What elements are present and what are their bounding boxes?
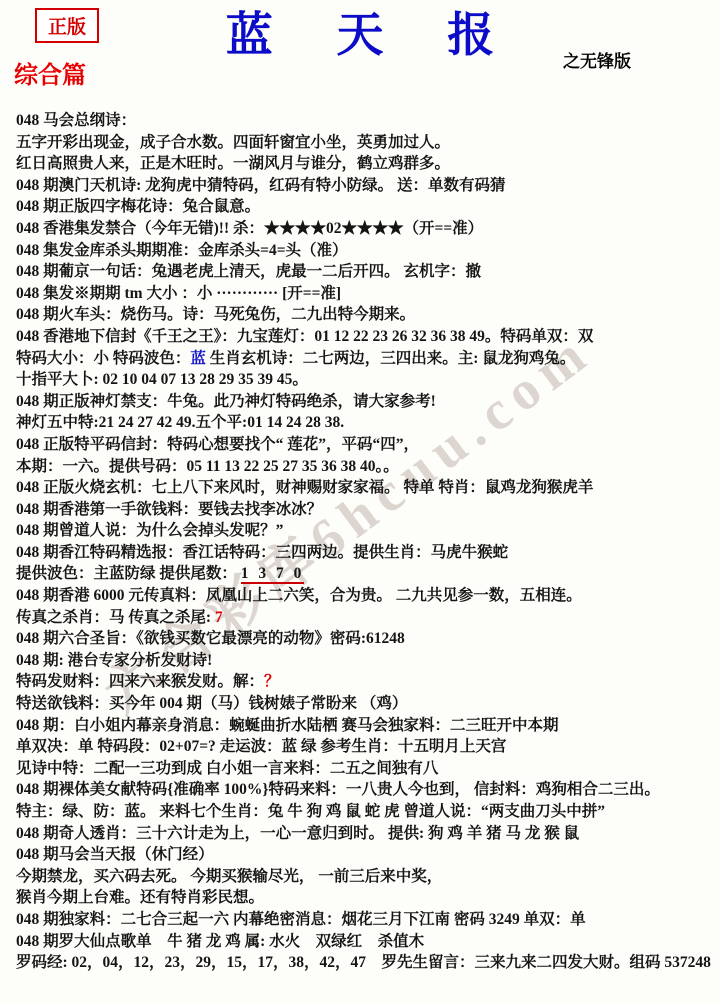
report-body: 048 马会总纲诗：五字开彩出现金，成子合水数。四面轩窗宜小坐，英勇加过人。红日… [16, 110, 716, 974]
report-line: 048 期独家料：二七合三起一六 内幕绝密消息：烟花三月下江南 密码 3249 … [16, 909, 716, 931]
report-line: 048 香港地下信封《千王之王》：九宝莲灯：01 12 22 23 26 32 … [16, 326, 716, 348]
report-line: 传真之杀肖：马 传真之杀尾: 7 [16, 607, 716, 629]
text-segment: 048 期正版神灯禁支：牛兔。此乃神灯特码绝杀，请大家参考! [16, 393, 436, 410]
text-segment: 本期：一六。提供号码：05 11 13 22 25 27 35 36 38 40… [16, 458, 399, 475]
text-segment: 特主：绿、防：蓝。 来料七个生肖：兔 牛 狗 鸡 鼠 蛇 虎 曾道人说：“两支曲… [16, 803, 605, 820]
text-segment: 048 期独家料：二七合三起一六 内幕绝密消息：烟花三月下江南 密码 3249 … [16, 911, 586, 928]
text-segment: 048 香港地下信封《千王之王》：九宝莲灯：01 12 22 23 26 32 … [16, 328, 593, 345]
report-line: 特码发财料：四来六来猴发财。解：？ [16, 671, 716, 693]
report-line: 048 期香港第一手欲钱料：要钱去找李冰冰？ [16, 499, 716, 521]
report-line: 048 期火车头：烧伤马。诗：马死兔伤，二九出特今期来。 [16, 304, 716, 326]
report-line: 048 正版火烧玄机：七上八下来风时，财神赐财家家福。 特单 特肖：鼠鸡龙狗猴虎… [16, 477, 716, 499]
text-segment: 048 期奇人透肖：三十六计走为上，一心一意归到时。 提供: 狗 鸡 羊 猪 马… [16, 825, 579, 842]
text-segment: 048 期曾道人说：为什么会掉头发呢？” [16, 522, 283, 539]
report-line: 048 马会总纲诗： [16, 110, 716, 132]
report-line: 本期：一六。提供号码：05 11 13 22 25 27 35 36 38 40… [16, 456, 716, 478]
text-segment: 048 正版火烧玄机：七上八下来风时，财神赐财家家福。 特单 特肖：鼠鸡龙狗猴虎… [16, 479, 593, 496]
section-heading: 综合篇 [14, 55, 86, 90]
text-segment: 今期禁龙，买六码去死。 今期买猴输尽光， 一前三后来中奖， [16, 868, 442, 885]
text-segment: 048 期: 港台专家分析发财诗! [16, 652, 212, 669]
report-line: 罗码经: 02，04，12，23，29，15，17，38，42，47 罗先生留言… [16, 952, 716, 974]
report-line: 特送欲钱料：买今年 004 期（马）钱树婊子常盼来 （鸡） [16, 693, 716, 715]
highlight-text: 1 3 7 0 [241, 565, 305, 584]
report-line: 见诗中特：二配一三功到成 白小姐一言来料：二五之间独有八 [16, 758, 716, 780]
report-line: 十指平大卜: 02 10 04 07 13 28 29 35 39 45。 [16, 369, 716, 391]
text-segment: 五字开彩出现金，成子合水数。四面轩窗宜小坐，英勇加过人。 [16, 134, 450, 151]
text-segment: 单双决：单 特码段：02+07=? 走运波：蓝 绿 参考生肖：十五明月上天宫 [16, 738, 506, 755]
text-segment: 048 集发金库杀头期期准：金库杀头=4=头（准） [16, 242, 348, 259]
report-line: 048 期正版神灯禁支：牛兔。此乃神灯特码绝杀，请大家参考! [16, 391, 716, 413]
text-segment: 十指平大卜: 02 10 04 07 13 28 29 35 39 45。 [16, 371, 308, 388]
text-segment: 048 期香港第一手欲钱料：要钱去找李冰冰？ [16, 501, 322, 518]
report-line: 048 期马会当天报（休门经） [16, 844, 716, 866]
text-segment: 特码大小：小 特码波色： [16, 350, 190, 367]
text-segment: 048 期：白小姐内幕亲身消息：蜿蜒曲折水陆栖 赛马会独家料：二三旺开中本期 [16, 717, 559, 734]
report-line: 048 期葡京一句话：兔遇老虎上清天，虎最一二后开四。 玄机字：撤 [16, 261, 716, 283]
text-segment: 048 集发※期期 tm 大小 ：小 ············ [开==准] [16, 285, 341, 302]
report-line: 048 期香江特码精选报：香江话特码：三四两边。提供生肖：马虎牛猴蛇 [16, 542, 716, 564]
report-line: 048 香港集发禁合（今年无错)!! 杀：★★★★02★★★★（开==准） [16, 218, 716, 240]
text-segment: 见诗中特：二配一三功到成 白小姐一言来料：二五之间独有八 [16, 760, 438, 777]
text-segment: 048 期香港 6000 元传真料：凤凰山上二六笑，合为贵。 二九共见参一数，五… [16, 587, 582, 604]
text-segment: 传真之杀肖：马 传真之杀尾: [16, 609, 215, 626]
report-line: 提供波色：主蓝防绿 提供尾数： 1 3 7 0 [16, 563, 716, 585]
report-line: 048 集发※期期 tm 大小 ：小 ············ [开==准] [16, 283, 716, 305]
report-line: 048 期罗大仙点歌单 牛 猪 龙 鸡 属: 水火 双绿红 杀值木 [16, 931, 716, 953]
report-line: 猴肖今期上台难。还有特肖彩民想。 [16, 887, 716, 909]
text-segment: 048 正版特平码信封：特码心想要找个“ 莲花”，平码“四”， [16, 436, 419, 453]
highlight-text: 蓝 [190, 350, 206, 367]
report-line: 今期禁龙，买六码去死。 今期买猴输尽光， 一前三后来中奖， [16, 866, 716, 888]
text-segment: 特码发财料：四来六来猴发财。解： [16, 673, 264, 690]
text-segment: 生肖玄机诗：二七两边，三四出来。主: 鼠龙狗鸡兔。 [206, 350, 575, 367]
report-line: 048 期香港 6000 元传真料：凤凰山上二六笑，合为贵。 二九共见参一数，五… [16, 585, 716, 607]
report-line: 048 正版特平码信封：特码心想要找个“ 莲花”，平码“四”， [16, 434, 716, 456]
text-segment: 048 期马会当天报（休门经） [16, 846, 214, 863]
text-segment: 提供波色：主蓝防绿 提供尾数： [16, 565, 241, 582]
text-segment: 048 期六合圣旨：《欲钱买数它最漂亮的动物》密码:61248 [16, 630, 405, 647]
text-segment: 红日高照贵人来，正是木旺时。一湖风月与谁分，鹤立鸡群多。 [16, 155, 450, 172]
report-line: 048 期：白小姐内幕亲身消息：蜿蜒曲折水陆栖 赛马会独家料：二三旺开中本期 [16, 715, 716, 737]
highlight-text: 7 [215, 609, 223, 626]
blue-sky-report-page: 六合彩库6hcuu.com 正版 蓝 天 报 之无锋版 综合篇 048 马会总纲… [0, 0, 720, 1005]
text-segment: 048 期罗大仙点歌单 牛 猪 龙 鸡 属: 水火 双绿红 杀值木 [16, 933, 424, 950]
report-line: 048 集发金库杀头期期准：金库杀头=4=头（准） [16, 240, 716, 262]
report-line: 048 期澳门天机诗: 龙狗虎中猜特码，红码有特小防绿。 送：单数有码猜 [16, 175, 716, 197]
report-line: 048 期: 港台专家分析发财诗! [16, 650, 716, 672]
report-line: 特码大小：小 特码波色：蓝 生肖玄机诗：二七两边，三四出来。主: 鼠龙狗鸡兔。 [16, 348, 716, 370]
report-line: 红日高照贵人来，正是木旺时。一湖风月与谁分，鹤立鸡群多。 [16, 153, 716, 175]
text-segment: 048 期正版四字梅花诗：兔合鼠意。 [16, 198, 260, 215]
text-segment: 048 期澳门天机诗: 龙狗虎中猜特码，红码有特小防绿。 送：单数有码猜 [16, 177, 506, 194]
text-segment: 神灯五中特:21 24 27 42 49.五个平:01 14 24 28 38. [16, 414, 344, 431]
report-line: 特主：绿、防：蓝。 来料七个生肖：兔 牛 狗 鸡 鼠 蛇 虎 曾道人说：“两支曲… [16, 801, 716, 823]
report-line: 神灯五中特:21 24 27 42 49.五个平:01 14 24 28 38. [16, 412, 716, 434]
edition-label: 之无锋版 [563, 47, 631, 72]
text-segment: 048 期香江特码精选报：香江话特码：三四两边。提供生肖：马虎牛猴蛇 [16, 544, 508, 561]
text-segment: 048 期葡京一句话：兔遇老虎上清天，虎最一二后开四。 玄机字：撤 [16, 263, 481, 280]
text-segment: 048 马会总纲诗： [16, 112, 136, 129]
text-segment: 048 香港集发禁合（今年无错)!! 杀：★★★★02★★★★（开==准） [16, 220, 483, 237]
text-segment: 猴肖今期上台难。还有特肖彩民想。 [16, 889, 264, 906]
report-line: 048 期正版四字梅花诗：兔合鼠意。 [16, 196, 716, 218]
report-line: 五字开彩出现金，成子合水数。四面轩窗宜小坐，英勇加过人。 [16, 132, 716, 154]
report-line: 048 期裸体美女献特码{准确率 100%}特码来料：一八贵人今也到， 信封料：… [16, 779, 716, 801]
report-line: 048 期曾道人说：为什么会掉头发呢？” [16, 520, 716, 542]
text-segment: 048 期火车头：烧伤马。诗：马死兔伤，二九出特今期来。 [16, 306, 415, 323]
report-line: 048 期六合圣旨：《欲钱买数它最漂亮的动物》密码:61248 [16, 628, 716, 650]
text-segment: 048 期裸体美女献特码{准确率 100%}特码来料：一八贵人今也到， 信封料：… [16, 781, 660, 798]
highlight-text: ？ [264, 673, 280, 690]
report-line: 048 期奇人透肖：三十六计走为上，一心一意归到时。 提供: 狗 鸡 羊 猪 马… [16, 823, 716, 845]
report-line: 单双决：单 特码段：02+07=? 走运波：蓝 绿 参考生肖：十五明月上天宫 [16, 736, 716, 758]
text-segment: 特送欲钱料：买今年 004 期（马）钱树婊子常盼来 （鸡） [16, 695, 407, 712]
text-segment: 罗码经: 02，04，12，23，29，15，17，38，42，47 罗先生留言… [16, 954, 711, 971]
